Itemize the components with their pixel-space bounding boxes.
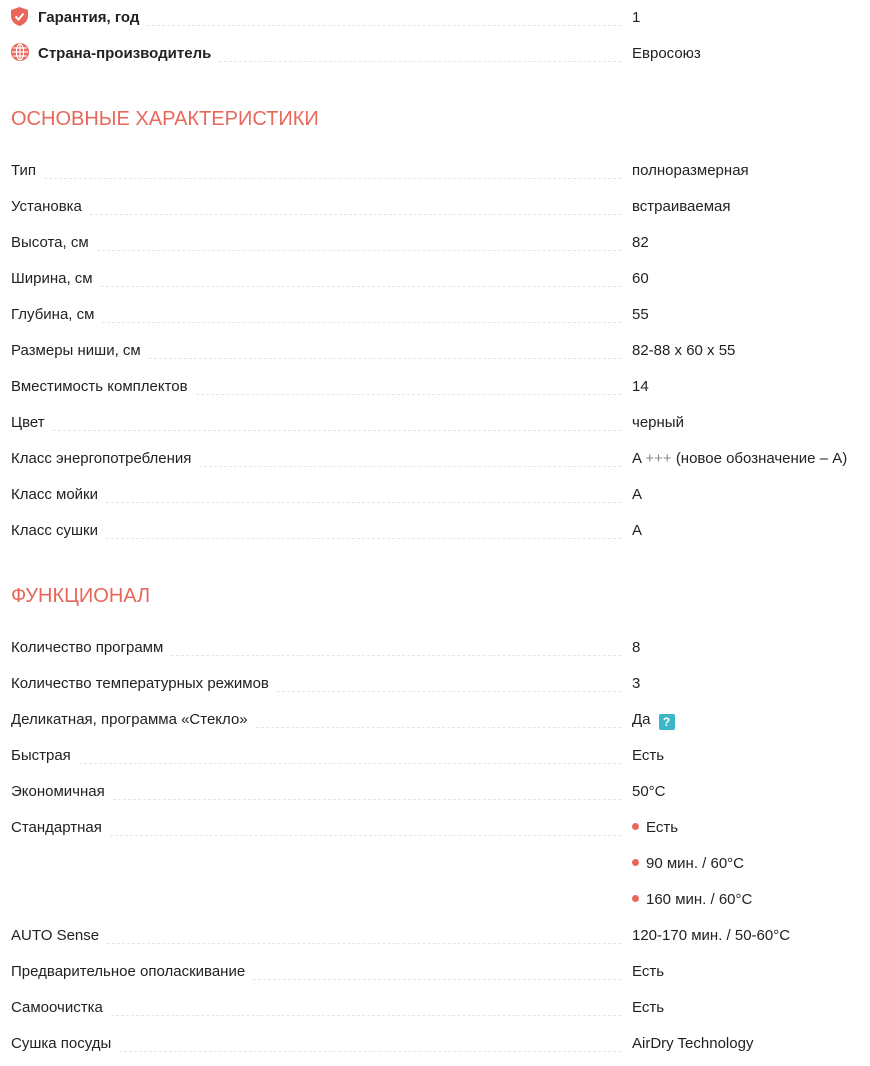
spec-value: AirDry Technology	[632, 1034, 753, 1054]
value-part: (новое обозначение – A)	[676, 450, 847, 467]
bullet-icon	[632, 823, 639, 830]
spec-value: 3	[632, 674, 640, 694]
spec-row: Вместимость комплектов14	[11, 373, 870, 409]
spec-row-country: Страна-производитель Евросоюз	[11, 40, 870, 76]
spec-row: Класс энергопотребленияA +++ (новое обоз…	[11, 445, 870, 481]
value-part: +++	[645, 450, 671, 467]
spec-label: Высота, см	[11, 233, 97, 253]
spec-label: Класс сушки	[11, 521, 106, 541]
section-functions: Количество программ8Количество температу…	[11, 634, 870, 1066]
value-text: 14	[632, 378, 649, 395]
help-icon[interactable]: ?	[659, 714, 675, 730]
spec-row-warranty: Гарантия, год 1	[11, 4, 870, 40]
spec-value: Евросоюз	[632, 44, 701, 64]
dotted-leader	[199, 465, 621, 467]
spec-row: СтандартнаяЕсть90 мин. / 60°C160 мин. / …	[11, 814, 870, 922]
bullet-icon	[632, 859, 639, 866]
spec-row: Класс сушкиA	[11, 517, 870, 553]
dotted-leader	[253, 978, 621, 980]
spec-value: 1	[632, 8, 640, 28]
value-text: AirDry Technology	[632, 1035, 753, 1052]
spec-row: Высота, см82	[11, 229, 870, 265]
spec-value: A	[632, 485, 642, 505]
spec-value: Есть	[632, 962, 664, 982]
spec-label: Самоочистка	[11, 998, 111, 1018]
spec-row: СамоочисткаЕсть	[11, 994, 870, 1030]
spec-value: Да?	[632, 710, 675, 730]
dotted-leader	[171, 654, 621, 656]
spec-label: Цвет	[11, 413, 53, 433]
spec-label: Ширина, см	[11, 269, 101, 289]
spec-value: 8	[632, 638, 640, 658]
dotted-leader	[106, 537, 621, 539]
dotted-leader	[44, 177, 621, 179]
spec-value-bullet: 90 мин. / 60°C	[632, 854, 744, 874]
spec-row: БыстраяЕсть	[11, 742, 870, 778]
spec-label: Класс мойки	[11, 485, 106, 505]
spec-label: Предварительное ополаскивание	[11, 962, 253, 982]
dotted-leader	[101, 285, 621, 287]
value-text: 82	[632, 234, 649, 251]
value-text: Есть	[632, 747, 664, 764]
spec-value: 50°C	[632, 782, 666, 802]
spec-row: Количество программ8	[11, 634, 870, 670]
spec-label: Класс энергопотребления	[11, 449, 199, 469]
spec-value: Есть	[632, 746, 664, 766]
value-text: 82-88 х 60 х 55	[632, 342, 735, 359]
globe-icon	[11, 43, 30, 62]
value-text: A	[632, 522, 642, 539]
dotted-leader	[79, 762, 621, 764]
dotted-leader	[277, 690, 621, 692]
spec-row: Ширина, см60	[11, 265, 870, 301]
section-main-specs: ТипполноразмернаяУстановкавстраиваемаяВы…	[11, 157, 870, 553]
value-text: Есть	[632, 963, 664, 980]
dotted-leader	[102, 321, 621, 323]
spec-label: Тип	[11, 161, 44, 181]
dotted-leader	[196, 393, 621, 395]
value-part: A	[632, 450, 641, 467]
value-text: 3	[632, 675, 640, 692]
spec-label: Количество температурных режимов	[11, 674, 277, 694]
spec-value: 55	[632, 305, 649, 325]
bullet-icon	[632, 895, 639, 902]
spec-value: полноразмерная	[632, 161, 749, 181]
spec-value: A	[632, 521, 642, 541]
value-text: черный	[632, 414, 684, 431]
spec-label: Страна-производитель	[38, 44, 219, 64]
value-text: Да	[632, 711, 651, 728]
spec-label: Количество программ	[11, 638, 171, 658]
spec-label: Экономичная	[11, 782, 113, 802]
spec-label: Размеры ниши, см	[11, 341, 149, 361]
spec-value: 14	[632, 377, 649, 397]
spec-row: Экономичная50°C	[11, 778, 870, 814]
spec-row: Предварительное ополаскиваниеЕсть	[11, 958, 870, 994]
dotted-leader	[110, 834, 621, 836]
spec-label: Деликатная, программа «Стекло»	[11, 710, 256, 730]
section-title-functions: ФУНКЦИОНАЛ	[11, 584, 150, 608]
value-text: A	[632, 486, 642, 503]
bullet-text: 90 мин. / 60°C	[646, 855, 744, 872]
dotted-leader	[147, 24, 621, 26]
value-text: 60	[632, 270, 649, 287]
dotted-leader	[97, 249, 621, 251]
dotted-leader	[119, 1050, 621, 1052]
spec-row: AUTO Sense120-170 мин. / 50-60°C	[11, 922, 870, 958]
dotted-leader	[113, 798, 621, 800]
spec-value-bullet: Есть	[632, 818, 678, 838]
shield-check-icon	[11, 7, 30, 26]
spec-row: Глубина, см55	[11, 301, 870, 337]
value-text: 8	[632, 639, 640, 656]
spec-value: 120-170 мин. / 50-60°C	[632, 926, 790, 946]
spec-label: Глубина, см	[11, 305, 102, 325]
value-text: Есть	[632, 999, 664, 1016]
spec-row: Размеры ниши, см82-88 х 60 х 55	[11, 337, 870, 373]
spec-label: Стандартная	[11, 818, 110, 838]
spec-label: Сушка посуды	[11, 1034, 119, 1054]
spec-value: 82-88 х 60 х 55	[632, 341, 735, 361]
value-text: 120-170 мин. / 50-60°C	[632, 927, 790, 944]
dotted-leader	[53, 429, 621, 431]
value-text: полноразмерная	[632, 162, 749, 179]
spec-label: Быстрая	[11, 746, 79, 766]
spec-label: AUTO Sense	[11, 926, 107, 946]
spec-row: Сушка посудыAirDry Technology	[11, 1030, 870, 1066]
dotted-leader	[90, 213, 621, 215]
dotted-leader	[256, 726, 621, 728]
dotted-leader	[219, 60, 621, 62]
spec-row: Количество температурных режимов3	[11, 670, 870, 706]
spec-row: Класс мойкиA	[11, 481, 870, 517]
value-text: 50°C	[632, 783, 666, 800]
dotted-leader	[111, 1014, 621, 1016]
dotted-leader	[107, 942, 621, 944]
spec-value: Есть	[632, 998, 664, 1018]
spec-row: Деликатная, программа «Стекло»Да?	[11, 706, 870, 742]
bullet-text: Есть	[646, 819, 678, 836]
spec-value: 82	[632, 233, 649, 253]
section-title-main: ОСНОВНЫЕ ХАРАКТЕРИСТИКИ	[11, 107, 319, 131]
spec-value-bullet: 160 мин. / 60°C	[632, 890, 752, 910]
spec-label: Вместимость комплектов	[11, 377, 196, 397]
dotted-leader	[106, 501, 621, 503]
spec-row: Типполноразмерная	[11, 157, 870, 193]
spec-value: 60	[632, 269, 649, 289]
value-text: 55	[632, 306, 649, 323]
spec-label: Гарантия, год	[38, 8, 147, 28]
bullet-text: 160 мин. / 60°C	[646, 891, 752, 908]
dotted-leader	[149, 357, 621, 359]
spec-label: Установка	[11, 197, 90, 217]
spec-value: A +++ (новое обозначение – A)	[632, 449, 847, 469]
value-text: встраиваемая	[632, 198, 731, 215]
spec-value: встраиваемая	[632, 197, 731, 217]
spec-value: черный	[632, 413, 684, 433]
spec-row: Установкавстраиваемая	[11, 193, 870, 229]
spec-row: Цветчерный	[11, 409, 870, 445]
